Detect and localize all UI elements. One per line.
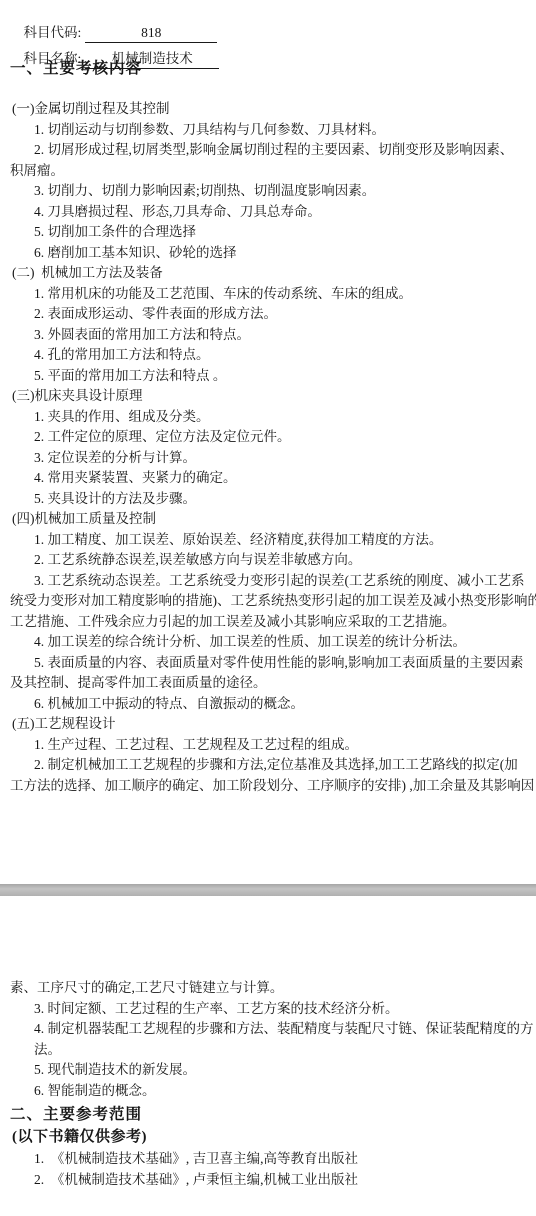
content-line: 素、工序尺寸的确定,工艺尺寸链建立与计算。 [0, 978, 536, 999]
section1-heading: 一、主要考核内容 [10, 56, 142, 78]
content-line: 4. 加工误差的综合统计分析、加工误差的性质、加工误差的统计分析法。 [0, 632, 536, 653]
content-line: 及其控制、提高零件加工表面质量的途径。 [0, 673, 536, 694]
content-line: 4. 孔的常用加工方法和特点。 [0, 345, 536, 366]
content-line: 5. 平面的常用加工方法和特点 。 [0, 366, 536, 387]
content-line: 2. 工件定位的原理、定位方法及定位元件。 [0, 427, 536, 448]
section2-heading: 二、主要参考范围 [0, 1104, 536, 1125]
content-line: 工方法的选择、加工顺序的确定、加工阶段划分、工序顺序的安排) ,加工余量及其影响… [0, 776, 536, 797]
content-line: 4. 制定机器装配工艺规程的步骤和方法、装配精度与装配尺寸链、保证装配精度的方 [0, 1019, 536, 1040]
content-line: 3. 工艺系统动态误差。工艺系统受力变形引起的误差(工艺系统的刚度、减小工艺系 [0, 571, 536, 592]
content-line: 6. 磨削加工基本知识、砂轮的选择 [0, 243, 536, 264]
reference-note: (以下书籍仅供参考) [0, 1125, 536, 1149]
content-line: 3. 时间定额、工艺过程的生产率、工艺方案的技术经济分析。 [0, 999, 536, 1020]
content-line: 积屑瘤。 [0, 161, 536, 182]
content-line: 6. 机械加工中振动的特点、自激振动的概念。 [0, 694, 536, 715]
content-line: 3. 外圆表面的常用加工方法和特点。 [0, 325, 536, 346]
content-line: 5. 现代制造技术的新发展。 [0, 1060, 536, 1081]
page-break-band [0, 884, 536, 896]
page2-lines: 素、工序尺寸的确定,工艺尺寸链建立与计算。3. 时间定额、工艺过程的生产率、工艺… [0, 978, 536, 1101]
content-line: 3. 定位误差的分析与计算。 [0, 448, 536, 469]
reference-line: 1. 《机械制造技术基础》, 吉卫喜主编,高等教育出版社 [0, 1149, 536, 1170]
content-line: 4. 刀具磨损过程、形态,刀具寿命、刀具总寿命。 [0, 202, 536, 223]
content-line: 法。 [0, 1040, 536, 1061]
document-page: 科目代码:818 科目名称:机械制造技术 一、主要考核内容 (一)金属切削过程及… [0, 0, 536, 1216]
content-line: (五)工艺规程设计 [0, 714, 536, 735]
reference-line: 2. 《机械制造技术基础》, 卢秉恒主编,机械工业出版社 [0, 1170, 536, 1191]
content-line: 1. 常用机床的功能及工艺范围、车床的传动系统、车床的组成。 [0, 284, 536, 305]
content-line: 1. 加工精度、加工误差、原始误差、经济精度,获得加工精度的方法。 [0, 530, 536, 551]
reference-list: 1. 《机械制造技术基础》, 吉卫喜主编,高等教育出版社2. 《机械制造技术基础… [0, 1149, 536, 1190]
content-line: 5. 切削加工条件的合理选择 [0, 222, 536, 243]
content-line: 1. 夹具的作用、组成及分类。 [0, 407, 536, 428]
content-line: 2. 切屑形成过程,切屑类型,影响金属切削过程的主要因素、切削变形及影响因素、 [0, 140, 536, 161]
content-line: 4. 常用夹紧装置、夹紧力的确定。 [0, 468, 536, 489]
content-line: 1. 切削运动与切削参数、刀具结构与几何参数、刀具材料。 [0, 120, 536, 141]
content-line: 2. 工艺系统静态误差,误差敏感方向与误差非敏感方向。 [0, 550, 536, 571]
content-line: 工艺措施、工件残余应力引起的加工误差及减小其影响应采取的工艺措施。 [0, 612, 536, 633]
content-line: 6. 智能制造的概念。 [0, 1081, 536, 1102]
page1-content: (一)金属切削过程及其控制1. 切削运动与切削参数、刀具结构与几何参数、刀具材料… [0, 99, 536, 796]
content-line: 统受力变形对加工精度影响的措施)、工艺系统热变形引起的加工误差及减小热变形影响的 [0, 591, 536, 612]
content-line: 5. 夹具设计的方法及步骤。 [0, 489, 536, 510]
content-line: 3. 切削力、切削力影响因素;切削热、切削温度影响因素。 [0, 181, 536, 202]
content-line: 5. 表面质量的内容、表面质量对零件使用性能的影响,影响加工表面质量的主要因素 [0, 653, 536, 674]
content-line: (一)金属切削过程及其控制 [0, 99, 536, 120]
content-line: 2. 制定机械加工工艺规程的步骤和方法,定位基准及其选择,加工工艺路线的拟定(加 [0, 755, 536, 776]
content-line: (三)机床夹具设计原理 [0, 386, 536, 407]
content-line: (四)机械加工质量及控制 [0, 509, 536, 530]
content-line: 2. 表面成形运动、零件表面的形成方法。 [0, 304, 536, 325]
content-line: 1. 生产过程、工艺过程、工艺规程及工艺过程的组成。 [0, 735, 536, 756]
content-line: (二) 机械加工方法及装备 [0, 263, 536, 284]
page2-content: 素、工序尺寸的确定,工艺尺寸链建立与计算。3. 时间定额、工艺过程的生产率、工艺… [0, 978, 536, 1190]
